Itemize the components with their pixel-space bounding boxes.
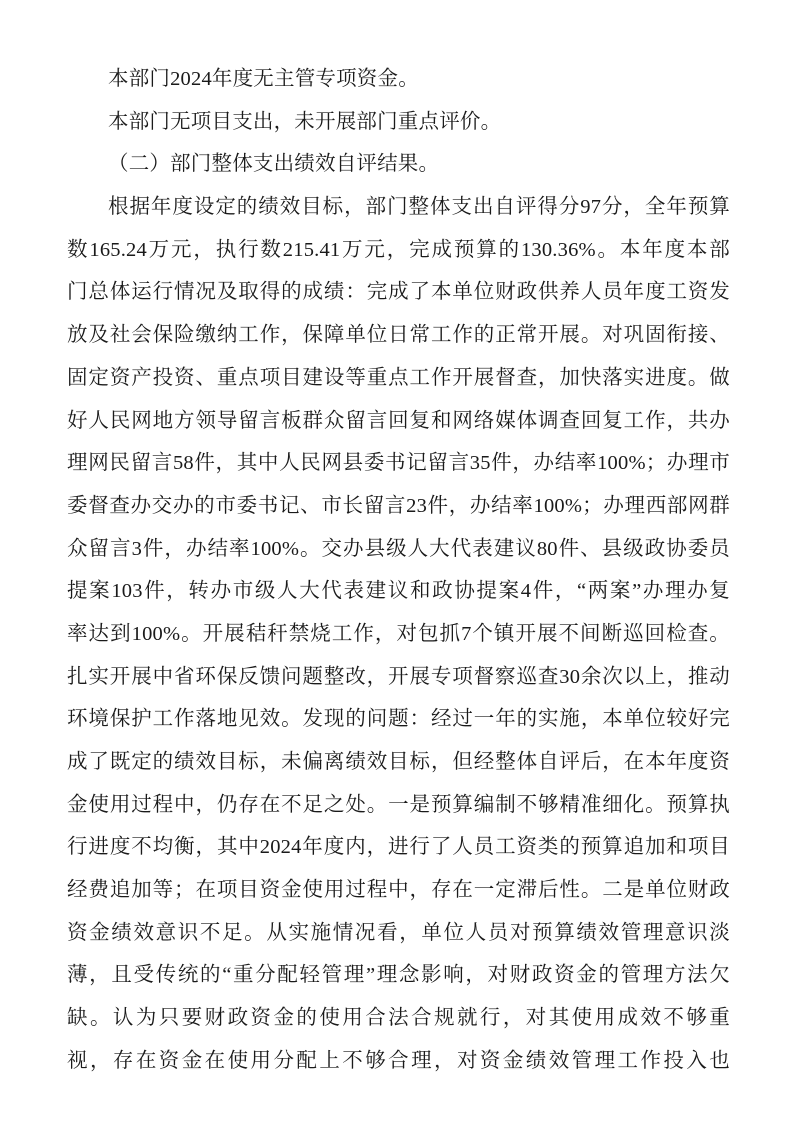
text-line: 提案103件，转办市级人大代表建议和政协提案4件，“两案”办理办复	[67, 570, 730, 613]
document-page: 本部门2024年度无主管专项资金。 本部门无项目支出，未开展部门重点评价。 （二…	[0, 0, 793, 1122]
text-line: 资金绩效意识不足。从实施情况看，单位人员对预算绩效管理意识淡	[67, 912, 730, 955]
text-line: 环境保护工作落地见效。发现的问题：经过一年的实施，本单位较好完	[67, 698, 730, 741]
text-line: 根据年度设定的绩效目标，部门整体支出自评得分97分，全年预算	[67, 186, 730, 229]
text-line: 缺。认为只要财政资金的使用合法合规就行，对其使用成效不够重	[67, 997, 730, 1040]
text-line: 行进度不均衡，其中2024年度内，进行了人员工资类的预算追加和项目	[67, 826, 730, 869]
text-line: 率达到100%。开展秸秆禁烧工作，对包抓7个镇开展不间断巡回检查。	[67, 613, 730, 656]
text-line: 理网民留言58件，其中人民网县委书记留言35件，办结率100%；办理市	[67, 442, 730, 485]
text-line: 数165.24万元，执行数215.41万元，完成预算的130.36%。本年度本部	[67, 229, 730, 272]
document-body: 本部门2024年度无主管专项资金。 本部门无项目支出，未开展部门重点评价。 （二…	[67, 58, 730, 1083]
text-line: 薄，且受传统的“重分配轻管理”理念影响，对财政资金的管理方法欠	[67, 954, 730, 997]
section-heading-self-evaluation-results: （二）部门整体支出绩效自评结果。	[67, 143, 730, 186]
text-line: 扎实开展中省环保反馈问题整改，开展专项督察巡查30余次以上，推动	[67, 656, 730, 699]
text-line: 好人民网地方领导留言板群众留言回复和网络媒体调查回复工作，共办	[67, 400, 730, 443]
text-line: 固定资产投资、重点项目建设等重点工作开展督查，加快落实进度。做	[67, 357, 730, 400]
text-line: 经费追加等；在项目资金使用过程中，存在一定滞后性。二是单位财政	[67, 869, 730, 912]
text-line: 成了既定的绩效目标，未偏离绩效目标，但经整体自评后，在本年度资	[67, 741, 730, 784]
text-line: 门总体运行情况及取得的成绩：完成了本单位财政供养人员年度工资发	[67, 271, 730, 314]
text-line: 视，存在资金在使用分配上不够合理，对资金绩效管理工作投入也	[67, 1040, 730, 1083]
paragraph-no-project-expenditure: 本部门无项目支出，未开展部门重点评价。	[67, 101, 730, 144]
text-line: 众留言3件，办结率100%。交办县级人大代表建议80件、县级政协委员	[67, 528, 730, 571]
text-line: 金使用过程中，仍存在不足之处。一是预算编制不够精准细化。预算执	[67, 784, 730, 827]
text-line: 放及社会保险缴纳工作，保障单位日常工作的正常开展。对巩固衔接、	[67, 314, 730, 357]
text-line: 委督查办交办的市委书记、市长留言23件，办结率100%；办理西部网群	[67, 485, 730, 528]
paragraph-no-special-funds: 本部门2024年度无主管专项资金。	[67, 58, 730, 101]
